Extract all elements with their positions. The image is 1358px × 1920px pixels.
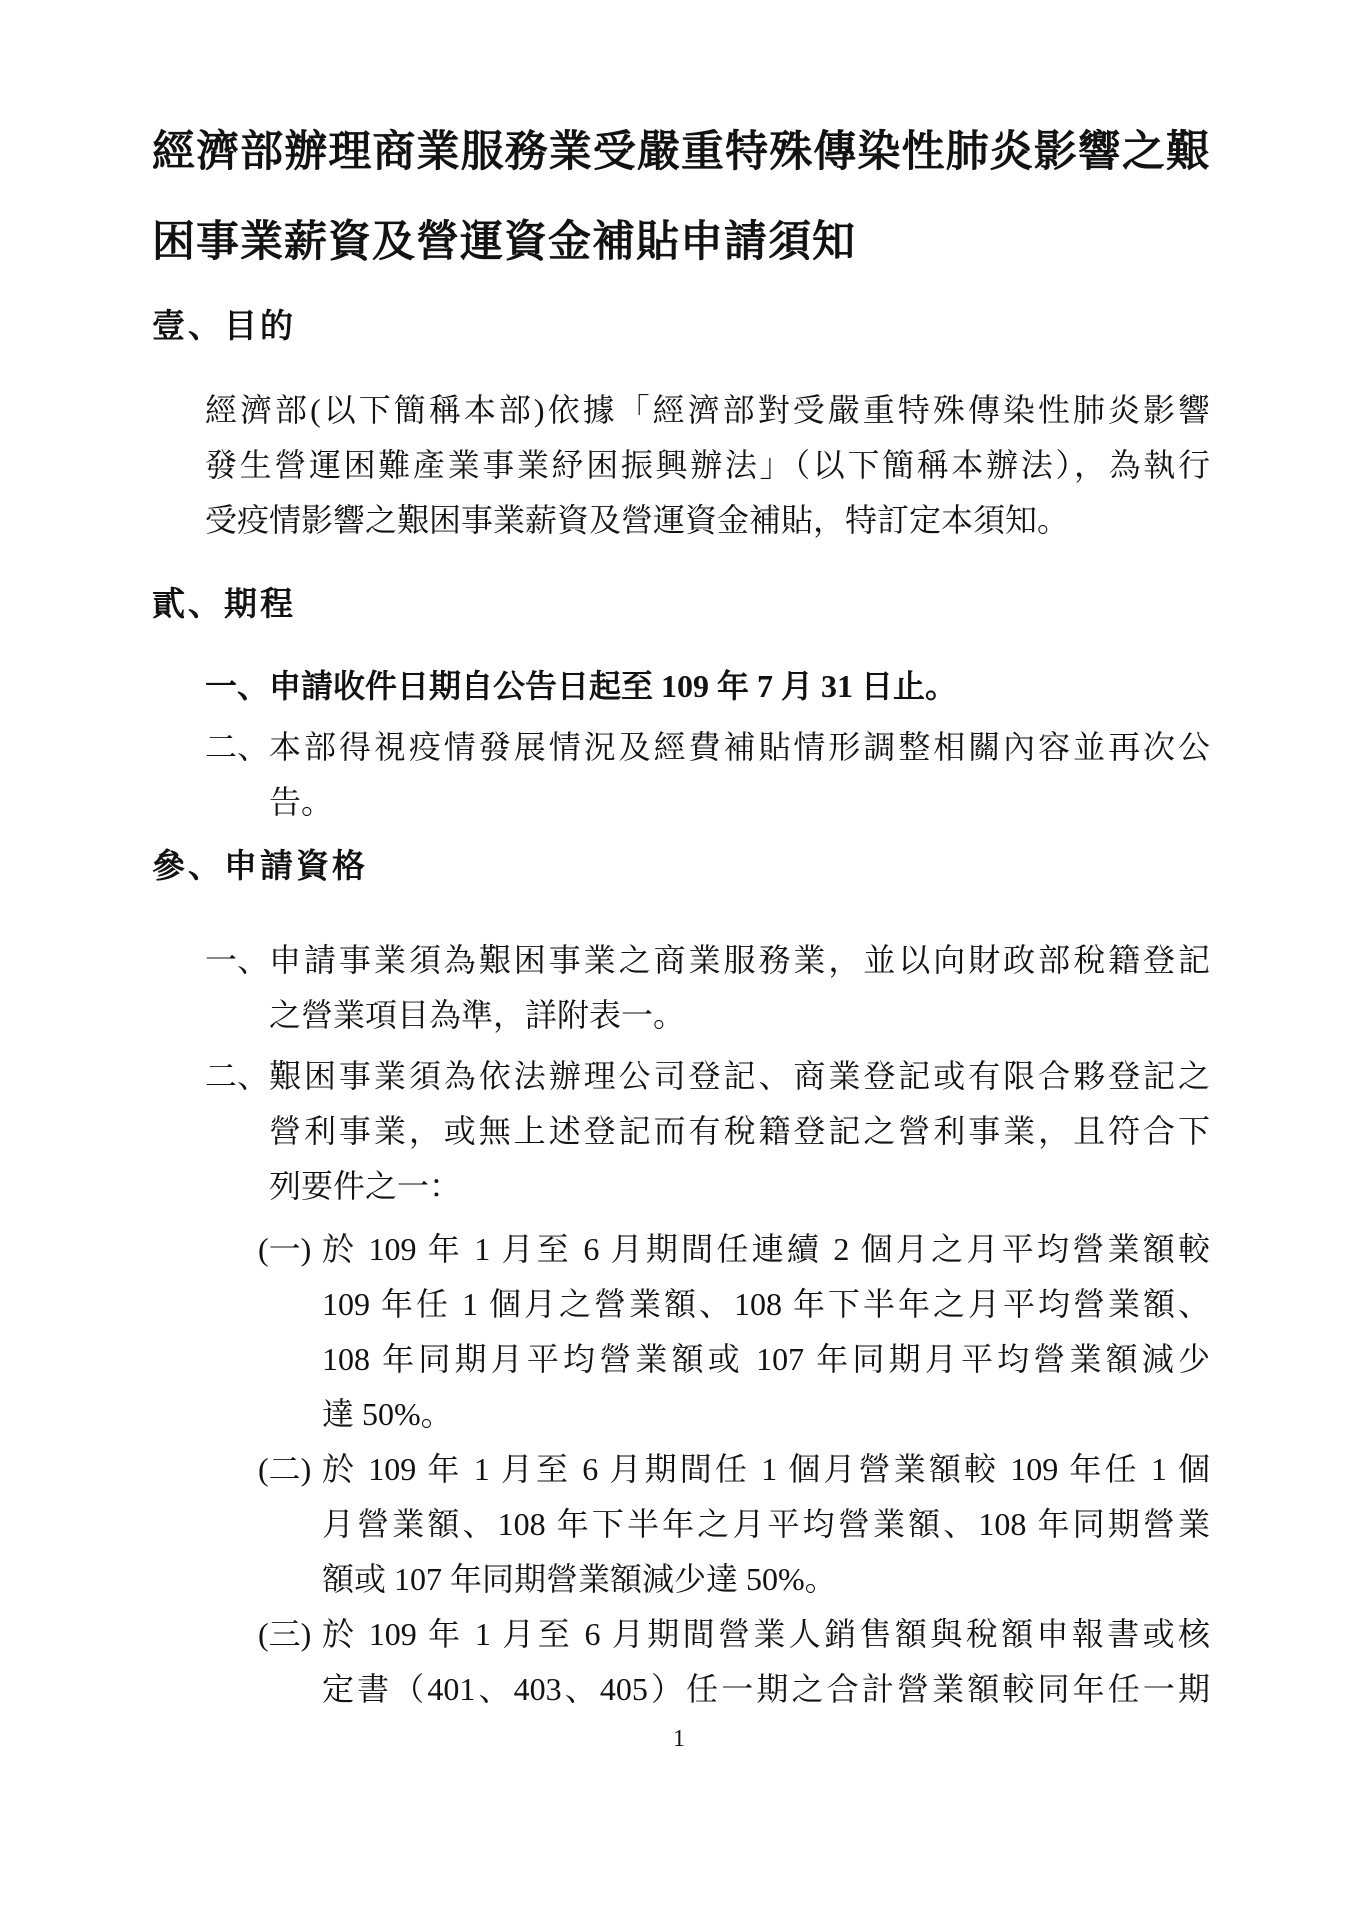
eligibility-subitem-1-label: (一) xyxy=(258,1222,311,1277)
text-line: 營利事業，或無上述登記而有稅籍登記之營利事業，且符合下 xyxy=(269,1104,1210,1159)
text-line: 受疫情影響之艱困事業薪資及營運資金補貼，特訂定本須知。 xyxy=(205,493,1210,548)
text-line: 艱困事業須為依法辦理公司登記、商業登記或有限合夥登記之 xyxy=(269,1049,1210,1104)
text-line: 申請收件日期自公告日起至 109 年 7 月 31 日止。 xyxy=(269,659,1210,714)
document-page: 經濟部辦理商業服務業受嚴重特殊傳染性肺炎影響之艱困事業薪資及營運資金補貼申請須知… xyxy=(0,0,1358,1920)
text-line: 困事業薪資及營運資金補貼申請須知 xyxy=(152,198,1210,288)
eligibility-subitem-2: (二) 於 109 年 1 月至 6 月期間任 1 個月營業額較 109 年任 … xyxy=(258,1442,1210,1607)
text-line: 之營業項目為準，詳附表一。 xyxy=(269,988,1210,1043)
text-line: 109 年任 1 個月之營業額、108 年下半年之月平均營業額、 xyxy=(322,1277,1210,1332)
text-line: 於 109 年 1 月至 6 月期間任連續 2 個月之月平均營業額較 xyxy=(322,1222,1210,1277)
document-content: 經濟部辦理商業服務業受嚴重特殊傳染性肺炎影響之艱困事業薪資及營運資金補貼申請須知… xyxy=(152,108,1210,1717)
eligibility-item-1-label: 一、 xyxy=(205,933,269,988)
section-heading-purpose: 壹、目的 xyxy=(152,300,1210,355)
eligibility-subitem-3: (三) 於 109 年 1 月至 6 月期間營業人銷售額與稅額申報書或核定書（4… xyxy=(258,1607,1210,1717)
text-line: 經濟部(以下簡稱本部)依據「經濟部對受嚴重特殊傳染性肺炎影響 xyxy=(205,383,1210,438)
text-line: 於 109 年 1 月至 6 月期間營業人銷售額與稅額申報書或核 xyxy=(322,1607,1210,1662)
text-line: 月營業額、108 年下半年之月平均營業額、108 年同期營業 xyxy=(322,1497,1210,1552)
text-line: 定書（401、403、405）任一期之合計營業額較同年任一期 xyxy=(322,1662,1210,1717)
schedule-item-2-label: 二、 xyxy=(205,720,269,775)
text-line: 發生營運困難產業事業紓困振興辦法」（以下簡稱本辦法），為執行 xyxy=(205,438,1210,493)
text-line: 於 109 年 1 月至 6 月期間任 1 個月營業額較 109 年任 1 個 xyxy=(322,1442,1210,1497)
page-number: 1 xyxy=(0,1724,1358,1754)
purpose-paragraph: 經濟部(以下簡稱本部)依據「經濟部對受嚴重特殊傳染性肺炎影響發生營運困難產業事業… xyxy=(205,383,1210,548)
schedule-item-2: 二、 本部得視疫情發展情況及經費補貼情形調整相關內容並再次公告。 xyxy=(205,720,1210,830)
schedule-item-1: 一、 申請收件日期自公告日起至 109 年 7 月 31 日止。 xyxy=(205,659,1210,714)
eligibility-subitem-2-label: (二) xyxy=(258,1442,311,1497)
text-line: 額或 107 年同期營業額減少達 50%。 xyxy=(322,1552,1210,1607)
text-line: 申請事業須為艱困事業之商業服務業，並以向財政部稅籍登記 xyxy=(269,933,1210,988)
text-line: 列要件之一： xyxy=(269,1159,1210,1214)
eligibility-subitem-3-label: (三) xyxy=(258,1607,311,1662)
eligibility-item-2-label: 二、 xyxy=(205,1049,269,1104)
section-heading-schedule: 貳、期程 xyxy=(152,578,1210,633)
section-heading-eligibility: 參、申請資格 xyxy=(152,840,1210,895)
document-title: 經濟部辦理商業服務業受嚴重特殊傳染性肺炎影響之艱困事業薪資及營運資金補貼申請須知 xyxy=(152,108,1210,288)
text-line: 108 年同期月平均營業額或 107 年同期月平均營業額減少 xyxy=(322,1332,1210,1387)
text-line: 達 50%。 xyxy=(322,1387,1210,1442)
text-line: 告。 xyxy=(269,775,1210,830)
eligibility-subitem-1: (一) 於 109 年 1 月至 6 月期間任連續 2 個月之月平均營業額較10… xyxy=(258,1222,1210,1442)
eligibility-item-2: 二、 艱困事業須為依法辦理公司登記、商業登記或有限合夥登記之營利事業，或無上述登… xyxy=(205,1049,1210,1214)
schedule-item-1-label: 一、 xyxy=(205,659,269,714)
text-line: 經濟部辦理商業服務業受嚴重特殊傳染性肺炎影響之艱 xyxy=(152,108,1210,198)
eligibility-item-1: 一、 申請事業須為艱困事業之商業服務業，並以向財政部稅籍登記之營業項目為準，詳附… xyxy=(205,933,1210,1043)
text-line: 本部得視疫情發展情況及經費補貼情形調整相關內容並再次公 xyxy=(269,720,1210,775)
